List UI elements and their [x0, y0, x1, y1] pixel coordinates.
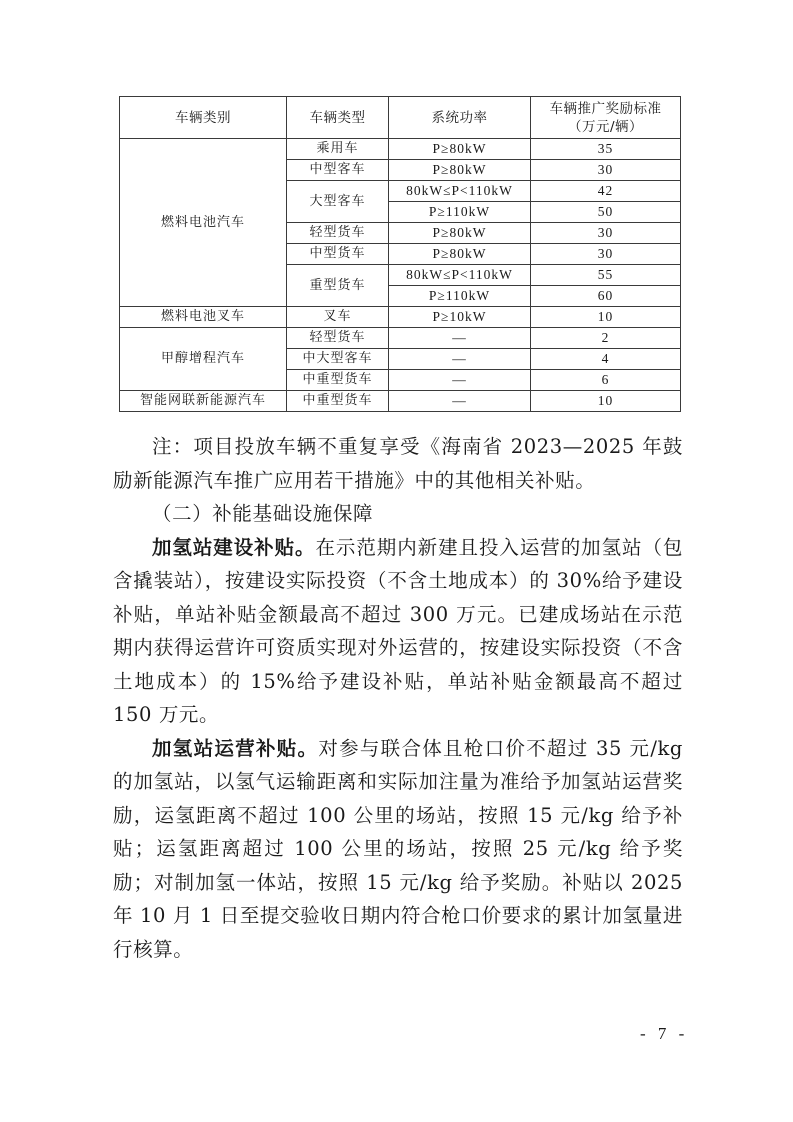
category-cell: 智能网联新能源汽车: [120, 391, 287, 412]
paragraph-lead: 加氢站运营补贴。: [152, 737, 318, 760]
section-heading: （二）补能基础设施保障: [113, 497, 683, 531]
reward-cell: 55: [531, 265, 681, 286]
reward-cell: 30: [531, 244, 681, 265]
reward-cell: 10: [531, 307, 681, 328]
vehicle-reward-table: 车辆类别 车辆类型 系统功率 车辆推广奖励标准 （万元/辆） 燃料电池汽车 乘用…: [119, 96, 681, 412]
type-cell: 乘用车: [287, 139, 389, 160]
power-cell: —: [389, 328, 531, 349]
table-header-row: 车辆类别 车辆类型 系统功率 车辆推广奖励标准 （万元/辆）: [120, 97, 681, 139]
type-cell: 中型货车: [287, 244, 389, 265]
header-reward-unit: （万元/辆）: [531, 118, 680, 136]
header-reward: 车辆推广奖励标准 （万元/辆）: [531, 97, 681, 139]
power-cell: P≥10kW: [389, 307, 531, 328]
power-cell: P≥110kW: [389, 202, 531, 223]
category-cell: 燃料电池汽车: [120, 139, 287, 307]
document-page: 车辆类别 车辆类型 系统功率 车辆推广奖励标准 （万元/辆） 燃料电池汽车 乘用…: [0, 0, 793, 1122]
reward-cell: 30: [531, 223, 681, 244]
table-row: 甲醇增程汽车 轻型货车 — 2: [120, 328, 681, 349]
type-cell: 中大型客车: [287, 349, 389, 370]
header-type: 车辆类型: [287, 97, 389, 139]
category-cell: 甲醇增程汽车: [120, 328, 287, 391]
table-row: 智能网联新能源汽车 中重型货车 — 10: [120, 391, 681, 412]
reward-cell: 2: [531, 328, 681, 349]
table-row: 燃料电池叉车 叉车 P≥10kW 10: [120, 307, 681, 328]
reward-cell: 35: [531, 139, 681, 160]
type-cell: 轻型货车: [287, 223, 389, 244]
header-category: 车辆类别: [120, 97, 287, 139]
page-number: - 7 -: [640, 1024, 688, 1044]
power-cell: P≥80kW: [389, 139, 531, 160]
reward-cell: 42: [531, 181, 681, 202]
power-cell: —: [389, 391, 531, 412]
paragraph-text: 在示范期内新建且投入运营的加氢站（包含撬装站），按建设实际投资（不含土地成本）的…: [113, 536, 683, 727]
power-cell: 80kW≤P<110kW: [389, 181, 531, 202]
reward-cell: 30: [531, 160, 681, 181]
type-cell: 叉车: [287, 307, 389, 328]
power-cell: 80kW≤P<110kW: [389, 265, 531, 286]
paragraph-lead: 加氢站建设补贴。: [152, 536, 315, 559]
power-cell: —: [389, 370, 531, 391]
power-cell: P≥110kW: [389, 286, 531, 307]
reward-cell: 6: [531, 370, 681, 391]
header-reward-line1: 车辆推广奖励标准: [531, 100, 680, 118]
paragraph-station-operation: 加氢站运营补贴。对参与联合体且枪口价不超过 35 元/kg 的加氢站，以氢气运输…: [113, 732, 683, 967]
reward-cell: 60: [531, 286, 681, 307]
paragraph-station-construction: 加氢站建设补贴。在示范期内新建且投入运营的加氢站（包含撬装站），按建设实际投资（…: [113, 531, 683, 732]
table-row: 燃料电池汽车 乘用车 P≥80kW 35: [120, 139, 681, 160]
reward-cell: 50: [531, 202, 681, 223]
type-cell: 中重型货车: [287, 391, 389, 412]
paragraph-text: 对参与联合体且枪口价不超过 35 元/kg 的加氢站，以氢气运输距离和实际加注量…: [113, 737, 683, 961]
reward-cell: 10: [531, 391, 681, 412]
type-cell: 重型货车: [287, 265, 389, 307]
table-note: 注：项目投放车辆不重复享受《海南省 2023—2025 年鼓励新能源汽车推广应用…: [113, 430, 683, 497]
power-cell: P≥80kW: [389, 223, 531, 244]
power-cell: P≥80kW: [389, 244, 531, 265]
category-cell: 燃料电池叉车: [120, 307, 287, 328]
body-text: 注：项目投放车辆不重复享受《海南省 2023—2025 年鼓励新能源汽车推广应用…: [113, 430, 683, 966]
type-cell: 大型客车: [287, 181, 389, 223]
power-cell: —: [389, 349, 531, 370]
reward-cell: 4: [531, 349, 681, 370]
type-cell: 中型客车: [287, 160, 389, 181]
type-cell: 轻型货车: [287, 328, 389, 349]
type-cell: 中重型货车: [287, 370, 389, 391]
power-cell: P≥80kW: [389, 160, 531, 181]
header-power: 系统功率: [389, 97, 531, 139]
